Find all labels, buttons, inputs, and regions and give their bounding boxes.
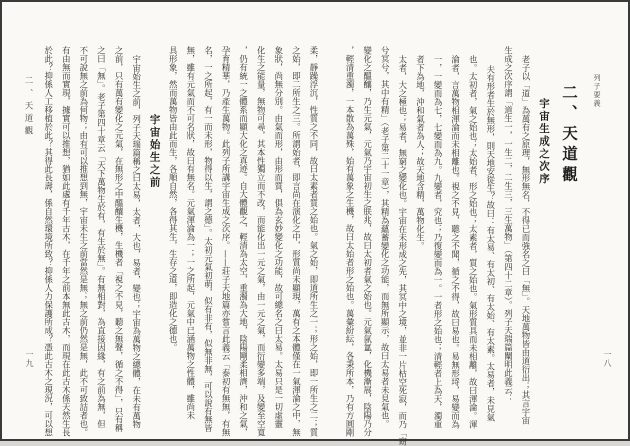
- right-page-body: 二、天道觀 宇宙生成之次序 老子以「道」為萬有之原理，無形無名，不得已而強名之曰…: [334, 46, 586, 428]
- text-column: 無，雖有元氣而不可名狀，故曰有無名。元氣渾淪為一；一之所起，元氣中已涵萬物之性體…: [181, 46, 199, 428]
- left-page-body: 柔，靜躁浮沉，性質之不同，故曰太素者質之始也。氣之始，即道所生之一；形之始，即一…: [38, 46, 322, 428]
- chapter-title: 二、天道觀: [553, 46, 586, 428]
- text-column: 孕育精華，乃產生萬物。此列子所講宇宙生成之次序。——莊子天地篇亦嘗言此義云「泰初…: [216, 46, 234, 428]
- text-column: 有由無而實現，據實可以推想，猶如此處有千年古木，在千年之前本無此古木，而現在此古…: [57, 46, 75, 428]
- text-column: 老子以「道」為萬有之原理，無形無名，不得已而強名之曰「無」。天地萬物皆由道衍出；…: [516, 46, 534, 428]
- page-number-right: 一八: [602, 350, 613, 368]
- text-column: 太者，大之極也；易者，無窮之變化也。宇宙在未形成之先，其冥中之境，並非一片枯空死…: [393, 46, 411, 428]
- text-column: 之前，只有萬有變化之元氣，在無形之中醞釀生機，生機者「視之不見，聽之無聲，循之不…: [109, 46, 127, 428]
- text-column: 者下為地，沖和氣者為人；故天地含精，萬物化生。: [411, 46, 429, 428]
- text-column: 不可說無之前為何物；由有可以推想到無，宇宙未生之前當然是無；無之前仍然是無，此不…: [74, 46, 92, 428]
- section-heading-right: 宇宙生成之次序: [534, 46, 553, 428]
- text-column: 夫有形者生於無形，則天地安從生？故曰：有太易、有太初、有太始、有太素。太易者，未…: [481, 46, 499, 428]
- text-column: 變化之醞釀，乃生元氣，元氣乃宇宙初生之朕兆，故曰太初者氣之始也。元氣氤氳，化機漸…: [358, 46, 376, 428]
- text-column: 之始，即二所生之三。所謂始者，即言尚在演化之中，形質尚未顯現，萬有之本體僅在一氣…: [287, 46, 305, 428]
- page-number-left: 一九: [24, 350, 35, 368]
- text-column: 宇宙始生之前，列子天瑞篇稱之曰太易，太者，大也，易者，變也；宇宙為萬物之總體，在…: [127, 46, 145, 428]
- book-scan-spread: 列子要義 一八 二、天道觀 宇宙生成之次序 老子以「道」為萬有之原理，無形無名，…: [0, 0, 630, 441]
- text-column: 之曰「無」。老子第四十章云「天下萬物生於有，有生於無」。有無相對，為直接因緣，有…: [92, 46, 110, 428]
- text-column: 具形象，然而萬物皆由此而生，各順自然，各得其生，生存之道，即造化之德也。: [164, 46, 182, 428]
- running-header: 二、天道觀: [22, 76, 34, 139]
- book-margin-title: 列子要義: [592, 74, 602, 108]
- text-column: 化生之能量，無物可尋，其本性獨立而不改，而能化出一元之氣，由一元之氣，而衍變多端…: [252, 46, 270, 428]
- text-column: ，仍有統一之體系而顯大化之真迹。自大體觀之，輕清為太空，重濁為大地，陰陽剛柔相濟…: [234, 46, 252, 428]
- text-column: 兮冥兮，其中有精」（老子第二十一章），其精為蘊蓄變化之功能，而無所顯示，故曰太易…: [376, 46, 394, 428]
- text-column: ，輕清重濁，一本散為萬殊，始有萬象之生機，故曰太始者形之始也。萬彙紛紜，各秉所本…: [340, 46, 358, 428]
- text-column: 生成之次序謂「道生一，一生二，二生三，三生萬物」（第四十二章）。列子天瑞篇闡明此…: [499, 46, 517, 428]
- text-column: 名，一之所起，有一而未形，物得以生，謂之德」。太初元氣初萌，似有非有，似無非無，…: [199, 46, 217, 428]
- text-column: 淪者，言萬物相渾淪而未相離也。視之不見，聽之不聞，循之不得，故曰易也。易無形埒，…: [446, 46, 464, 428]
- text-column: 象狀，尚無分別。由氣而形，由形而質，俱為玄妙變化之功能，故可總名之曰太易。太易只…: [269, 46, 287, 428]
- text-column: 柔，靜躁浮沉，性質之不同，故曰太素者質之始也。氣之始，即道所生之一；形之始，即一…: [304, 46, 322, 428]
- text-column: 也。太初者，氣之始也；太始者，形之始也；太素者，質之始也。氣形質具而未相離，故曰…: [464, 46, 482, 428]
- text-column: 於此？抑係人工移植於此？其得此長壽，係自然環境所致？抑係人力保護所成？憑此古木之…: [39, 46, 57, 428]
- section-heading-left: 宇宙始生之前: [145, 46, 164, 428]
- text-column: 一，一變而為七，七變而為九。九變者，究也；乃復變而為一。一者形之始也；清輕者上為…: [428, 46, 446, 428]
